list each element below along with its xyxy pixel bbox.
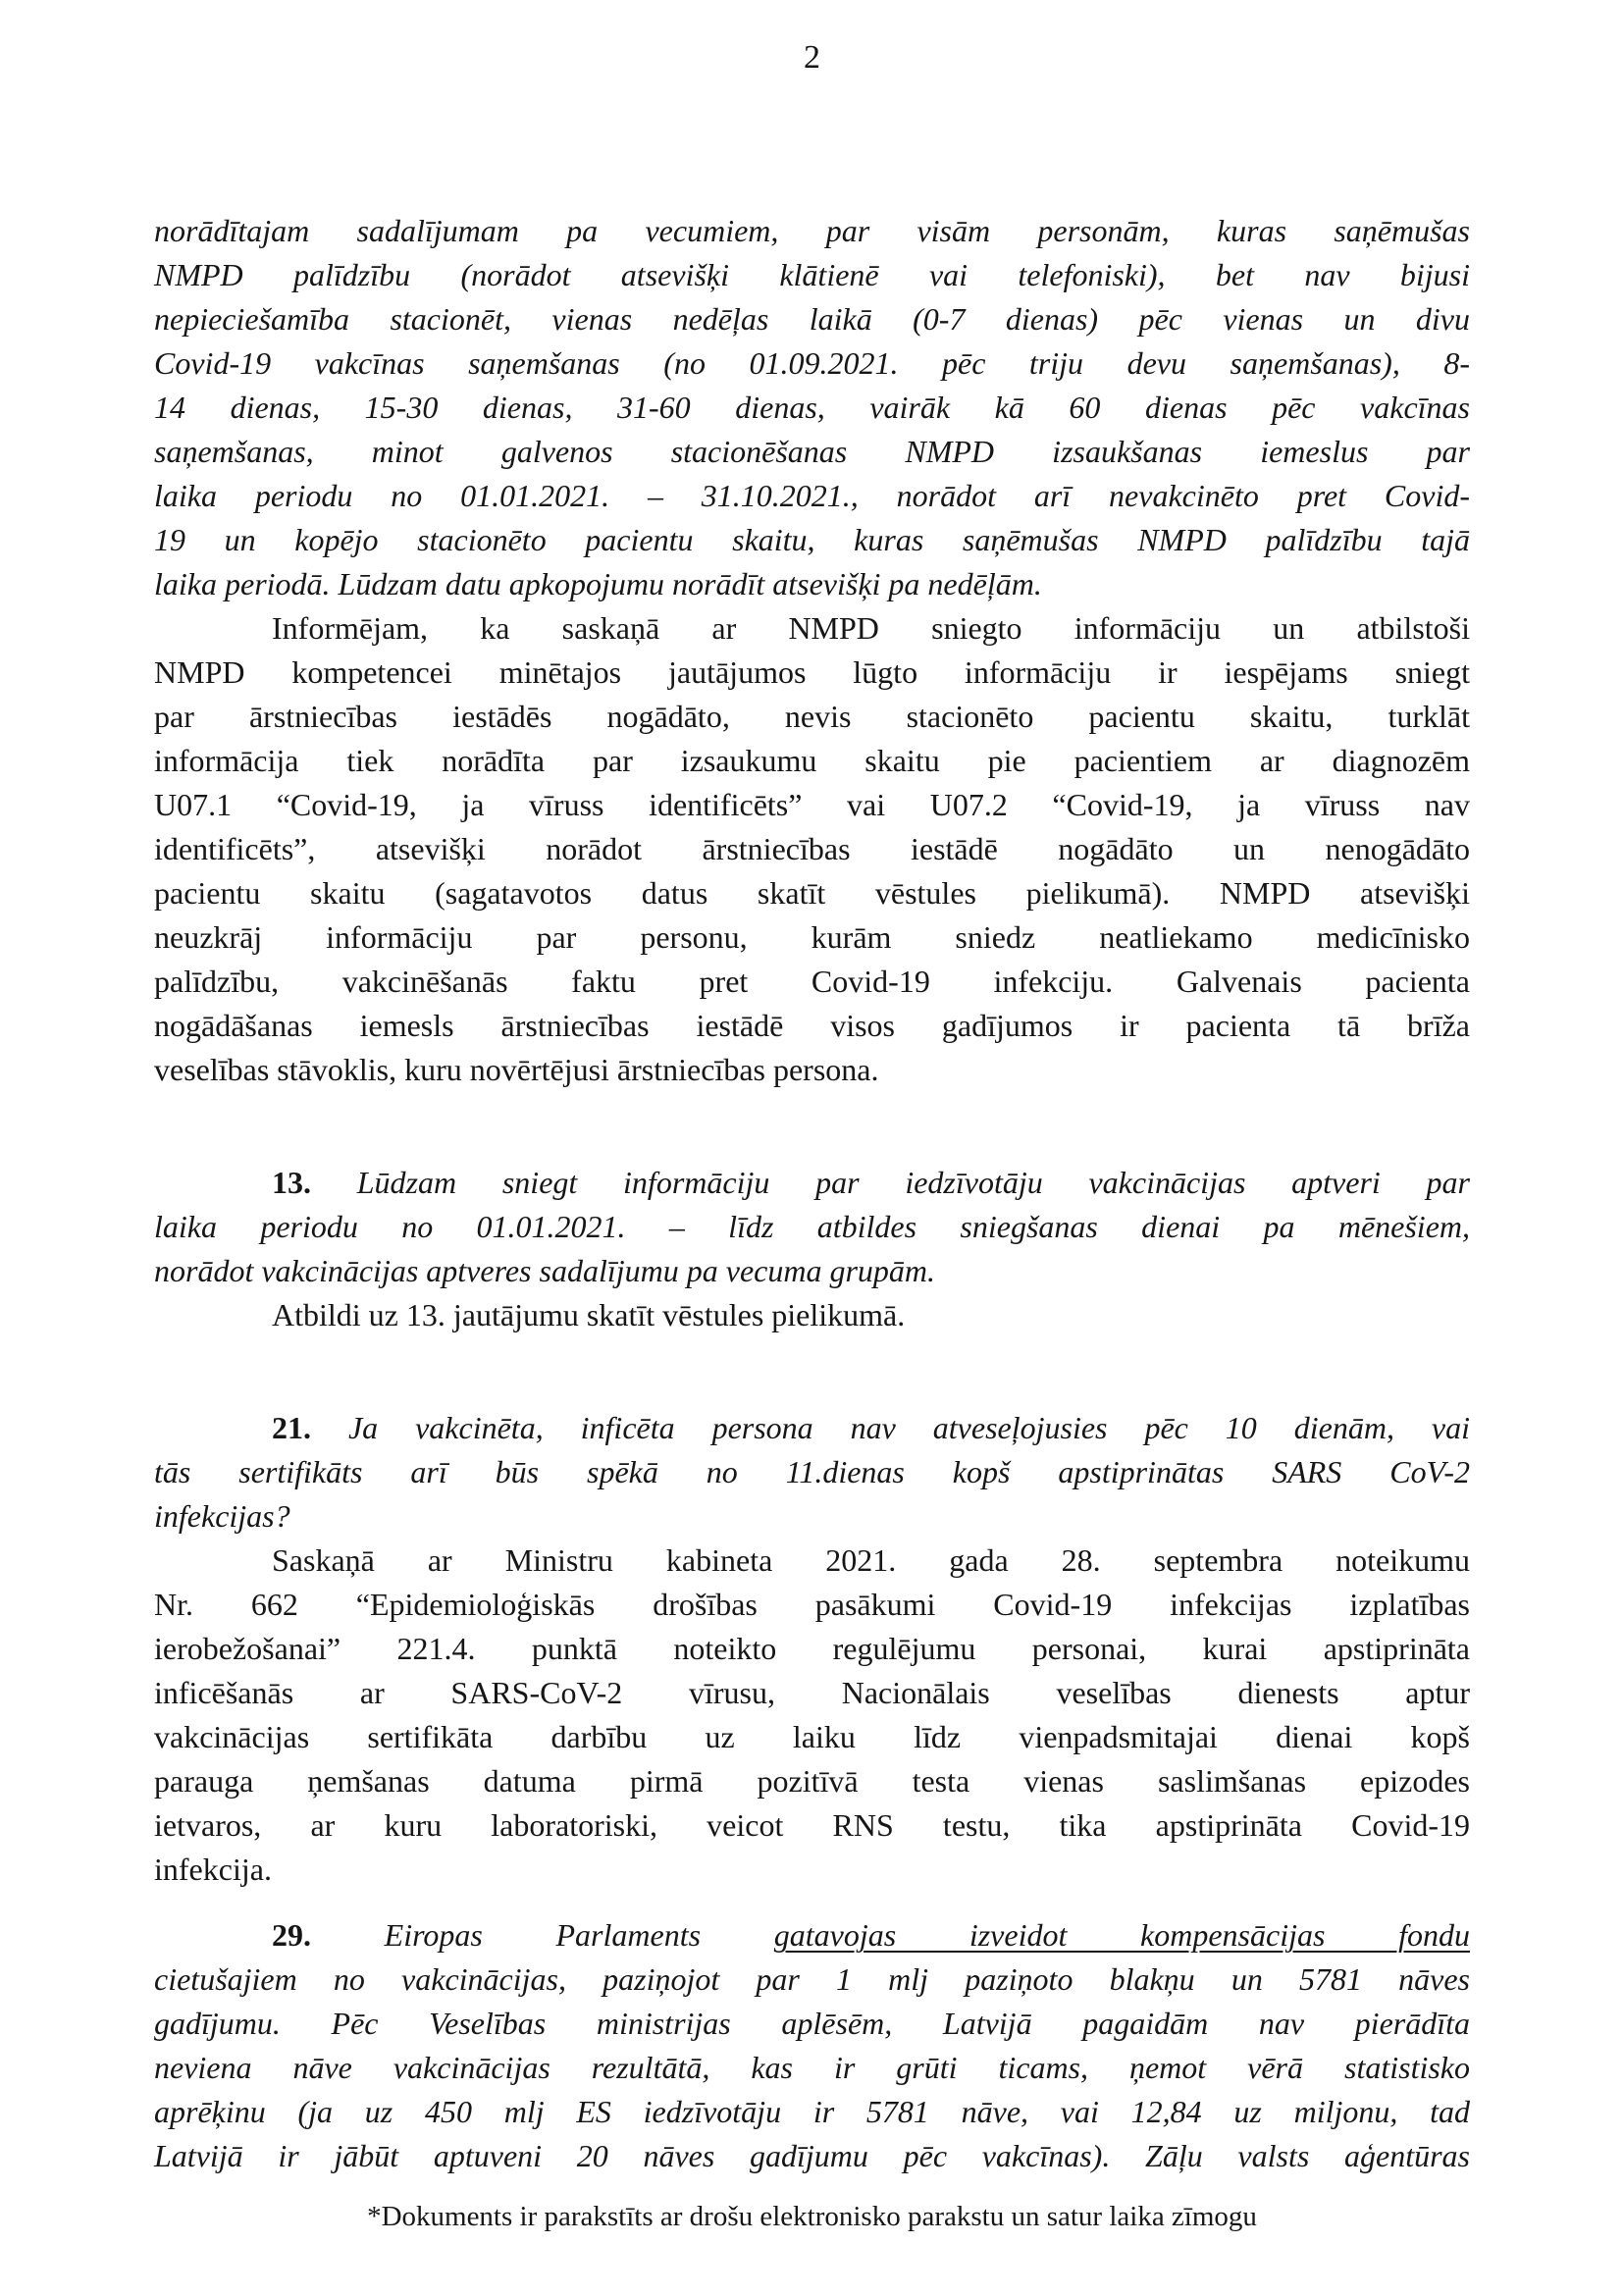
line: 14 dienas, 15-30 dienas, 31-60 dienas, v… [154,386,1470,430]
line: palīdzību, vakcinēšanās faktu pret Covid… [154,960,1470,1004]
line: 19 un kopējo stacionēto pacientu skaitu,… [154,518,1470,562]
line: neviena nāve vakcinācijas rezultātā, kas… [154,2046,1470,2090]
paragraph-question-29: 29. Eiropas Parlaments gatavojas izveido… [154,1913,1470,2178]
question-21-text: Ja vakcinēta, inficēta persona nav atves… [348,1410,1470,1445]
line: Covid-19 vakcīnas saņemšanas (no 01.09.2… [154,341,1470,386]
line: laika periodā. Lūdzam datu apkopojumu no… [154,562,1470,606]
spacer [154,1337,1470,1406]
line: aprēķinu (ja uz 450 mlj ES iedzīvotāju i… [154,2090,1470,2134]
line: NMPD kompetencei minētajos jautājumos lū… [154,651,1470,695]
spacer [154,1892,1470,1913]
page-number: 2 [154,39,1470,77]
line: Informējam, ka saskaņā ar NMPD sniegto i… [154,606,1470,651]
line: laika periodu no 01.01.2021. – līdz atbi… [154,1205,1470,1249]
question-29-underlined-text: gatavojas izveidot kompensācijas fondu [774,1917,1470,1953]
line: Latvijā ir jābūt aptuveni 20 nāves gadīj… [154,2134,1470,2178]
paragraph-question-13: 13. Lūdzam sniegt informāciju par iedzīv… [154,1161,1470,1337]
line: 21. Ja vakcinēta, inficēta persona nav a… [154,1406,1470,1450]
answer-13-line: Atbildi uz 13. jautājumu skatīt vēstules… [154,1293,1470,1337]
line: informācija tiek norādīta par izsaukumu … [154,739,1470,783]
line: infekcijas? [154,1494,1470,1539]
line: NMPD palīdzību (norādot atsevišķi klātie… [154,253,1470,297]
line: nogādāšanas iemesls ārstniecības iestādē… [154,1004,1470,1048]
line: 29. Eiropas Parlaments gatavojas izveido… [154,1913,1470,1957]
line: parauga ņemšanas datuma pirmā pozitīvā t… [154,1759,1470,1803]
paragraph-continuation: norādītajam sadalījumam pa vecumiem, par… [154,209,1470,606]
line: Saskaņā ar Ministru kabineta 2021. gada … [154,1539,1470,1583]
question-21-number: 21. [272,1410,311,1445]
line: ietvaros, ar kuru laboratoriski, veicot … [154,1803,1470,1848]
question-29-text: Eiropas Parlaments [385,1917,701,1953]
question-13-text: Lūdzam sniegt informāciju par iedzīvotāj… [357,1165,1470,1200]
line: 13. Lūdzam sniegt informāciju par iedzīv… [154,1161,1470,1205]
question-13-number: 13. [272,1165,311,1200]
line: ierobežošanai” 221.4. punktā noteikto re… [154,1627,1470,1671]
line: laika periodu no 01.01.2021. – 31.10.202… [154,474,1470,518]
line: U07.1 “Covid-19, ja vīruss identificēts”… [154,783,1470,827]
paragraph-informejam: Informējam, ka saskaņā ar NMPD sniegto i… [154,606,1470,1092]
line: par ārstniecības iestādēs nogādāto, nevi… [154,695,1470,739]
document-page: 2 norādītajam sadalījumam pa vecumiem, p… [0,0,1623,2296]
paragraph-answer-21: Saskaņā ar Ministru kabineta 2021. gada … [154,1539,1470,1892]
line: saņemšanas, minot galvenos stacionēšanas… [154,430,1470,474]
signature-footer: *Dokuments ir parakstīts ar drošu elektr… [154,2201,1470,2233]
line: neuzkrāj informāciju par personu, kurām … [154,915,1470,960]
line: inficēšanās ar SARS-CoV-2 vīrusu, Nacion… [154,1671,1470,1715]
line: Nr. 662 “Epidemioloģiskās drošības pasāk… [154,1583,1470,1627]
line: cietušajiem no vakcinācijas, paziņojot p… [154,1957,1470,2002]
question-29-number: 29. [272,1917,311,1953]
line: tās sertifikāts arī būs spēkā no 11.dien… [154,1450,1470,1494]
line: veselības stāvoklis, kuru novērtējusi ār… [154,1048,1470,1092]
line: norādot vakcinācijas aptveres sadalījumu… [154,1249,1470,1293]
line: infekcija. [154,1848,1470,1892]
line: vakcinācijas sertifikāta darbību uz laik… [154,1715,1470,1759]
text-block: norādītajam sadalījumam pa vecumiem, par… [154,209,1470,2178]
line: norādītajam sadalījumam pa vecumiem, par… [154,209,1470,253]
line: pacientu skaitu (sagatavotos datus skatī… [154,871,1470,915]
paragraph-question-21: 21. Ja vakcinēta, inficēta persona nav a… [154,1406,1470,1539]
line: nepieciešamība stacionēt, vienas nedēļas… [154,297,1470,341]
spacer [154,1092,1470,1161]
line: gadījumu. Pēc Veselības ministrijas aplē… [154,2002,1470,2046]
line: identificēts”, atsevišķi norādot ārstnie… [154,827,1470,871]
